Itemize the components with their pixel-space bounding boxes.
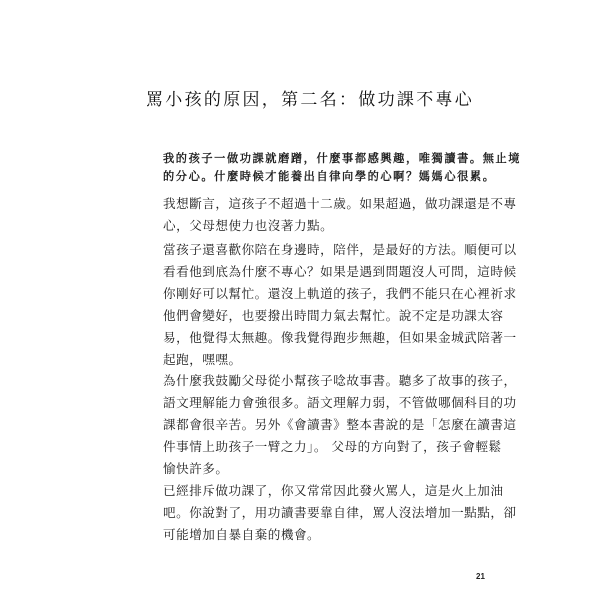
paragraph-1: 我想斷言，這孩子不超過十二歲。如果超過，做功課還是不專 心，父母想使力也沒著力點…	[163, 193, 463, 237]
paragraph-2: 當孩子還喜歡你陪在身邊時，陪伴，是最好的方法。順便可以 看看他到底為什麼不專心？…	[163, 239, 463, 371]
text-line: 你剛好可以幫忙。還沒上軌道的孩子，我們不能只在心裡祈求	[163, 283, 463, 305]
text-line: 為什麼我鼓勵父母從小幫孩子唸故事書。聽多了故事的孩子，	[163, 370, 463, 392]
text-line: 件事情上助孩子一臂之力」。 父母的方向對了，孩子會輕鬆	[163, 436, 463, 458]
text-line: 語文理解能力會強很多。語文理解力弱，不管做哪個科目的功	[163, 392, 463, 414]
text-line: 吧。你說對了，用功讀書要靠自律，罵人沒法增加一點點，卻	[163, 502, 463, 524]
paragraph-3: 為什麼我鼓勵父母從小幫孩子唸故事書。聽多了故事的孩子， 語文理解能力會強很多。語…	[163, 370, 463, 480]
text-line: 當孩子還喜歡你陪在身邊時，陪伴，是最好的方法。順便可以	[163, 239, 463, 261]
text-line: 愉快許多。	[163, 458, 463, 480]
chapter-title: 罵小孩的原因，第二名：做功課不專心	[146, 88, 466, 112]
text-line: 他們會變好，也要撥出時間力氣去幫忙。說不定是功課太容	[163, 305, 463, 327]
paragraph-4: 已經排斥做功課了，你又常常因此發火罵人，這是火上加油 吧。你說對了，用功讀書要靠…	[163, 480, 463, 546]
quote-line: 的分心。什麼時候才能養出自律向學的心啊？媽媽心很累。	[163, 167, 463, 185]
book-page: 罵小孩的原因，第二名：做功課不專心 我的孩子一做功課就磨蹭，什麼事都感興趣，唯獨…	[0, 0, 609, 609]
parent-quote: 我的孩子一做功課就磨蹭，什麼事都感興趣，唯獨讀書。無止境 的分心。什麼時候才能養…	[163, 149, 463, 185]
page-number: 21	[476, 572, 485, 581]
text-line: 看看他到底為什麼不專心？如果是遇到問題沒人可問，這時候	[163, 261, 463, 283]
text-line: 起跑，嘿嘿。	[163, 349, 463, 371]
text-line: 已經排斥做功課了，你又常常因此發火罵人，這是火上加油	[163, 480, 463, 502]
text-line: 我想斷言，這孩子不超過十二歲。如果超過，做功課還是不專	[163, 193, 463, 215]
quote-line: 我的孩子一做功課就磨蹭，什麼事都感興趣，唯獨讀書。無止境	[163, 149, 463, 167]
text-line: 易，他覺得太無趣。像我覺得跑步無趣，但如果金城武陪著一	[163, 327, 463, 349]
text-line: 可能增加自暴自棄的機會。	[163, 524, 463, 546]
text-line: 課都會很辛苦。另外《會讀書》整本書說的是「怎麼在讀書這	[163, 414, 463, 436]
text-line: 心，父母想使力也沒著力點。	[163, 215, 463, 237]
